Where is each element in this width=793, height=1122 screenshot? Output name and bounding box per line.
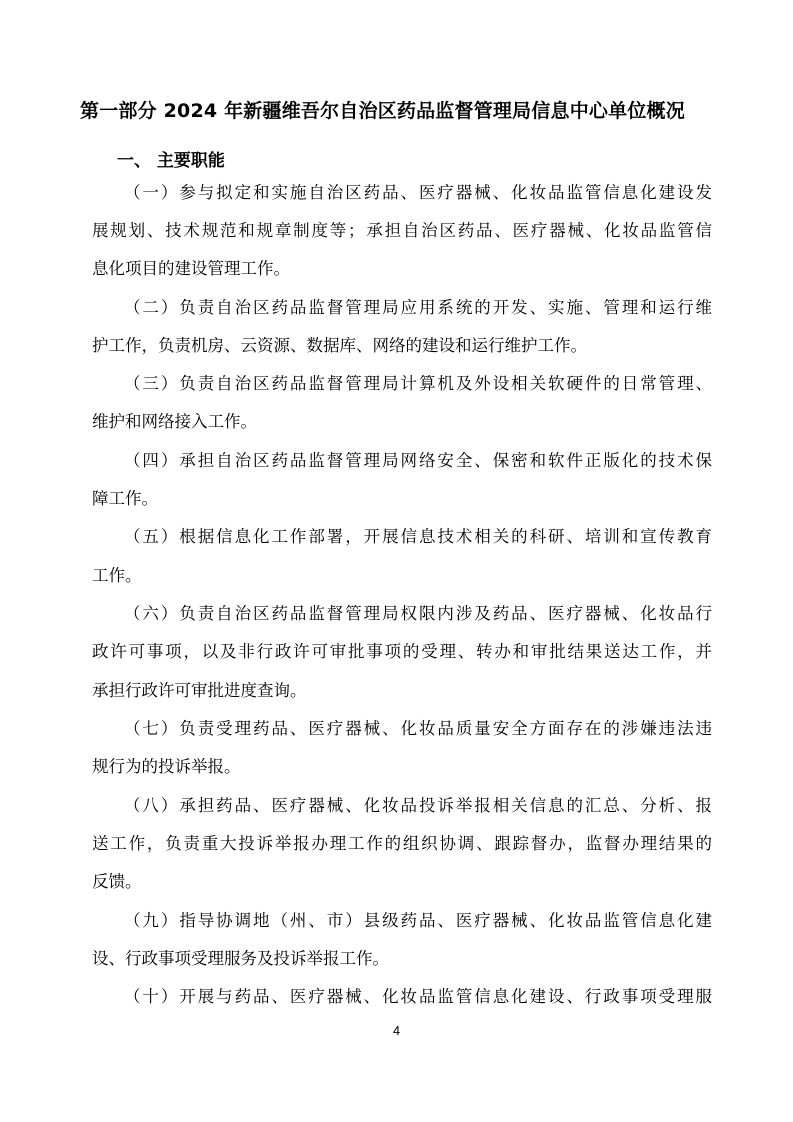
page-number: 4 [0, 1023, 793, 1038]
paragraph-1-line-1: （一）参与拟定和实施自治区药品、医疗器械、化妆品监管信息化建设发 [124, 182, 712, 204]
paragraph-5-line-1: （五）根据信息化工作部署，开展信息技术相关的科研、培训和宣传教育 [124, 526, 712, 548]
page-title: 第一部分 2024 年新疆维吾尔自治区药品监督管理局信息中心单位概况 [80, 96, 720, 123]
paragraph-2-line-1: （二）负责自治区药品监督管理局应用系统的开发、实施、管理和运行维 [124, 297, 712, 319]
paragraph-6-line-2: 政许可事项，以及非行政许可审批事项的受理、转办和审批结果送达工作，并 [92, 641, 712, 663]
paragraph-4-line-2: 障工作。 [92, 488, 712, 510]
paragraph-7-line-2: 规行为的投诉举报。 [92, 756, 712, 778]
paragraph-7-line-1: （七）负责受理药品、医疗器械、化妆品质量安全方面存在的涉嫌违法违 [124, 718, 712, 740]
section-heading: 一、 主要职能 [117, 146, 225, 171]
paragraph-1-line-2: 展规划、技术规范和规章制度等；承担自治区药品、医疗器械、化妆品监管信 [92, 220, 712, 242]
paragraph-5-line-2: 工作。 [92, 565, 712, 587]
paragraph-2-line-2: 护工作，负责机房、云资源、数据库、网络的建设和运行维护工作。 [92, 335, 712, 357]
paragraph-9-line-1: （九）指导协调地（州、市）县级药品、医疗器械、化妆品监管信息化建 [124, 910, 712, 932]
paragraph-4-line-1: （四）承担自治区药品监督管理局网络安全、保密和软件正版化的技术保 [124, 450, 712, 472]
paragraph-8-line-2: 送工作，负责重大投诉举报办理工作的组织协调、跟踪督办，监督办理结果的 [92, 833, 712, 855]
paragraph-10-line-1: （十）开展与药品、医疗器械、化妆品监管信息化建设、行政事项受理服 [124, 986, 712, 1008]
paragraph-1-line-3: 息化项目的建设管理工作。 [92, 258, 712, 280]
paragraph-3-line-1: （三）负责自治区药品监督管理局计算机及外设相关软硬件的日常管理、 [124, 373, 712, 395]
paragraph-6-line-1: （六）负责自治区药品监督管理局权限内涉及药品、医疗器械、化妆品行 [124, 603, 712, 625]
paragraph-6-line-3: 承担行政许可审批进度查询。 [92, 680, 712, 702]
paragraph-8-line-1: （八）承担药品、医疗器械、化妆品投诉举报相关信息的汇总、分析、报 [124, 795, 712, 817]
paragraph-3-line-2: 维护和网络接入工作。 [92, 411, 712, 433]
paragraph-8-line-3: 反馈。 [92, 871, 712, 893]
paragraph-9-line-2: 设、行政事项受理服务及投诉举报工作。 [92, 948, 712, 970]
document-page: 第一部分 2024 年新疆维吾尔自治区药品监督管理局信息中心单位概况 一、 主要… [0, 0, 793, 1122]
